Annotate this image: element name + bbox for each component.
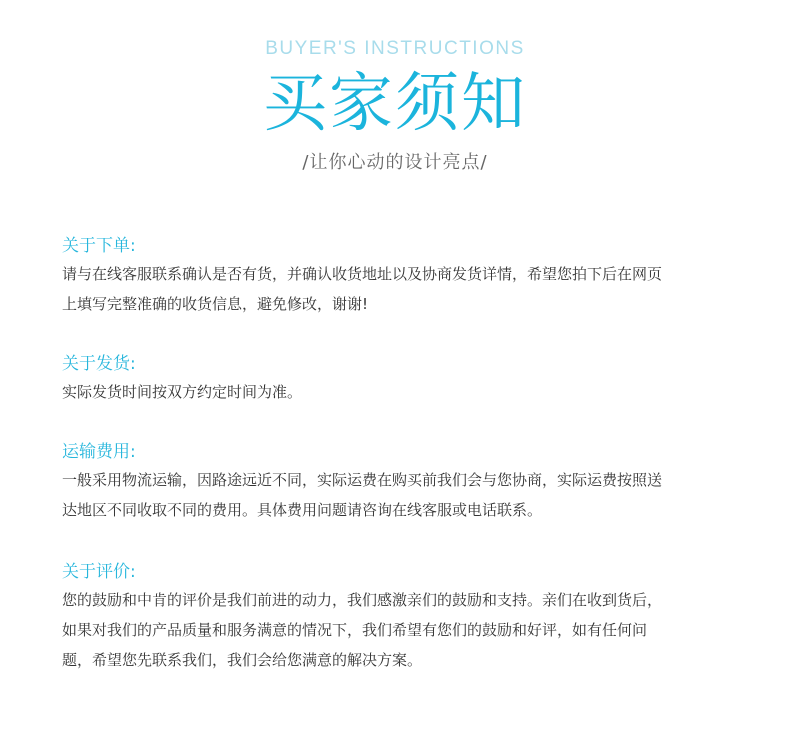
section-reviews: 关于评价: 您的鼓励和中肯的评价是我们前进的动力，我们感激亲们的鼓励和支持。亲们… <box>62 560 732 675</box>
body-line: 一般采用物流运输，因路途远近不同，实际运费在购买前我们会与您协商，实际运费按照送 <box>62 465 732 495</box>
section-body: 实际发货时间按双方约定时间为准。 <box>62 377 732 407</box>
body-line: 实际发货时间按双方约定时间为准。 <box>62 377 732 407</box>
section-ordering: 关于下单: 请与在线客服联系确认是否有货，并确认收货地址以及协商发货详情，希望您… <box>62 234 732 319</box>
body-line: 您的鼓励和中肯的评价是我们前进的动力，我们感激亲们的鼓励和支持。亲们在收到货后， <box>62 585 732 615</box>
body-line: 达地区不同收取不同的费用。具体费用问题请咨询在线客服或电话联系。 <box>62 495 732 525</box>
section-body: 请与在线客服联系确认是否有货，并确认收货地址以及协商发货详情，希望您拍下后在网页… <box>62 259 732 319</box>
page-title: 买家须知 <box>0 66 790 142</box>
section-title: 关于发货: <box>62 352 732 376</box>
section-body: 您的鼓励和中肯的评价是我们前进的动力，我们感激亲们的鼓励和支持。亲们在收到货后，… <box>62 585 732 675</box>
body-line: 如果对我们的产品质量和服务满意的情况下，我们希望有您们的鼓励和好评，如有任何问 <box>62 615 732 645</box>
section-title: 关于下单: <box>62 234 732 258</box>
section-title: 运输费用: <box>62 440 732 464</box>
section-body: 一般采用物流运输，因路途远近不同，实际运费在购买前我们会与您协商，实际运费按照送… <box>62 465 732 525</box>
section-freight: 运输费用: 一般采用物流运输，因路途远近不同，实际运费在购买前我们会与您协商，实… <box>62 440 732 525</box>
section-shipping: 关于发货: 实际发货时间按双方约定时间为准。 <box>62 352 732 407</box>
body-line: 上填写完整准确的收货信息，避免修改，谢谢! <box>62 289 732 319</box>
body-line: 题，希望您先联系我们，我们会给您满意的解决方案。 <box>62 645 732 675</box>
tagline: /让你心动的设计亮点/ <box>0 148 790 174</box>
body-line: 请与在线客服联系确认是否有货，并确认收货地址以及协商发货详情，希望您拍下后在网页 <box>62 259 732 289</box>
subtitle-english: BUYER'S INSTRUCTIONS <box>0 38 790 60</box>
section-title: 关于评价: <box>62 560 732 584</box>
